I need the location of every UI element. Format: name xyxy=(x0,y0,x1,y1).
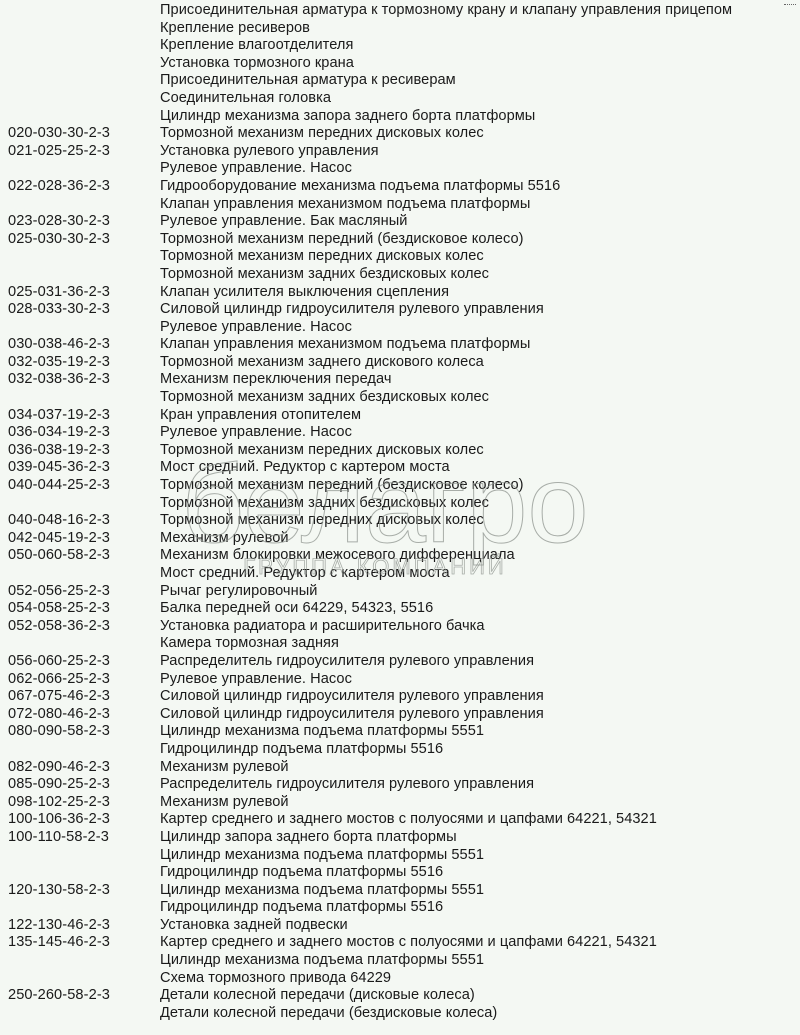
part-code: 032-038-36-2-3 xyxy=(8,371,110,389)
list-item: 022-028-36-2-3Гидрооборудование механизм… xyxy=(0,178,800,196)
part-description: Установка рулевого управления xyxy=(160,143,379,161)
list-item: 034-037-19-2-3Кран управления отопителем xyxy=(0,407,800,425)
list-item: Крепление влагоотделителя xyxy=(0,37,800,55)
list-item: Гидроцилиндр подъема платформы 5516 xyxy=(0,899,800,917)
part-description: Тормозной механизм заднего дискового кол… xyxy=(160,354,484,372)
part-description: Тормозной механизм передний (бездисковое… xyxy=(160,477,524,495)
list-item: Цилиндр механизма подъема платформы 5551 xyxy=(0,847,800,865)
part-description: Тормозной механизм задних бездисковых ко… xyxy=(160,389,489,407)
part-code: 052-058-36-2-3 xyxy=(8,618,110,636)
list-item: 039-045-36-2-3Мост средний. Редуктор с к… xyxy=(0,459,800,477)
list-item: 120-130-58-2-3Цилиндр механизма подъема … xyxy=(0,882,800,900)
part-code: 028-033-30-2-3 xyxy=(8,301,110,319)
part-code: 082-090-46-2-3 xyxy=(8,759,110,777)
part-description: Рычаг регулировочный xyxy=(160,583,317,601)
list-item: 054-058-25-2-3Балка передней оси 64229, … xyxy=(0,600,800,618)
part-description: Крепление ресиверов xyxy=(160,20,310,38)
list-item: Камера тормозная задняя xyxy=(0,635,800,653)
part-description: Цилиндр механизма подъема платформы 5551 xyxy=(160,723,484,741)
part-description: Цилиндр механизма подъема платформы 5551 xyxy=(160,882,484,900)
part-description: Механизм переключения передач xyxy=(160,371,391,389)
part-code: 085-090-25-2-3 xyxy=(8,776,110,794)
list-item: 082-090-46-2-3Механизм рулевой xyxy=(0,759,800,777)
part-code: 062-066-25-2-3 xyxy=(8,671,110,689)
list-item: 122-130-46-2-3Установка задней подвески xyxy=(0,917,800,935)
part-description: Тормозной механизм передних дисковых кол… xyxy=(160,248,484,266)
part-description: Клапан управления механизмом подъема пла… xyxy=(160,336,530,354)
list-item: 020-030-30-2-3Тормозной механизм передни… xyxy=(0,125,800,143)
part-description: Установка тормозного крана xyxy=(160,55,354,73)
part-description: Гидроцилиндр подъема платформы 5516 xyxy=(160,741,443,759)
list-item: 036-034-19-2-3Рулевое управление. Насос xyxy=(0,424,800,442)
part-code: 052-056-25-2-3 xyxy=(8,583,110,601)
list-item: 100-106-36-2-3Картер среднего и заднего … xyxy=(0,811,800,829)
part-description: Присоединительная арматура к тормозному … xyxy=(160,2,732,20)
part-code: 100-106-36-2-3 xyxy=(8,811,110,829)
part-description: Рулевое управление. Насос xyxy=(160,671,352,689)
part-code: 034-037-19-2-3 xyxy=(8,407,110,425)
part-description: Тормозной механизм задних бездисковых ко… xyxy=(160,266,489,284)
list-item: 042-045-19-2-3Механизм рулевой xyxy=(0,530,800,548)
list-item: 052-056-25-2-3Рычаг регулировочный xyxy=(0,583,800,601)
part-description: Детали колесной передачи (бездисковые ко… xyxy=(160,1005,497,1023)
list-item: Рулевое управление. Насос xyxy=(0,319,800,337)
list-item: Присоединительная арматура к ресиверам xyxy=(0,72,800,90)
list-item: Присоединительная арматура к тормозному … xyxy=(0,2,800,20)
part-description: Клапан управления механизмом подъема пла… xyxy=(160,196,530,214)
part-description: Картер среднего и заднего мостов с полуо… xyxy=(160,934,657,952)
part-description: Установка задней подвески xyxy=(160,917,348,935)
part-code: 022-028-36-2-3 xyxy=(8,178,110,196)
part-code: 042-045-19-2-3 xyxy=(8,530,110,548)
part-description: Силовой цилиндр гидроусилителя рулевого … xyxy=(160,688,544,706)
part-code: 036-038-19-2-3 xyxy=(8,442,110,460)
list-item: 030-038-46-2-3Клапан управления механизм… xyxy=(0,336,800,354)
part-description: Рулевое управление. Бак масляный xyxy=(160,213,407,231)
list-item: Гидроцилиндр подъема платформы 5516 xyxy=(0,864,800,882)
list-item: Мост средний. Редуктор с картером моста xyxy=(0,565,800,583)
part-code: 056-060-25-2-3 xyxy=(8,653,110,671)
list-item: 025-031-36-2-3Клапан усилителя выключени… xyxy=(0,284,800,302)
part-description: Крепление влагоотделителя xyxy=(160,37,353,55)
part-description: Балка передней оси 64229, 54323, 5516 xyxy=(160,600,433,618)
part-code: 067-075-46-2-3 xyxy=(8,688,110,706)
part-code: 040-044-25-2-3 xyxy=(8,477,110,495)
part-code: 080-090-58-2-3 xyxy=(8,723,110,741)
list-item: Тормозной механизм передних дисковых кол… xyxy=(0,248,800,266)
list-item: 098-102-25-2-3Механизм рулевой xyxy=(0,794,800,812)
list-item: 040-044-25-2-3Тормозной механизм передни… xyxy=(0,477,800,495)
part-description: Тормозной механизм передних дисковых кол… xyxy=(160,125,484,143)
part-code: 250-260-58-2-3 xyxy=(8,987,110,1005)
part-description: Установка радиатора и расширительного ба… xyxy=(160,618,485,636)
part-description: Мост средний. Редуктор с картером моста xyxy=(160,565,450,583)
part-code: 025-031-36-2-3 xyxy=(8,284,110,302)
list-item: Гидроцилиндр подъема платформы 5516 xyxy=(0,741,800,759)
part-code: 122-130-46-2-3 xyxy=(8,917,110,935)
part-description: Рулевое управление. Насос xyxy=(160,319,352,337)
part-code: 050-060-58-2-3 xyxy=(8,547,110,565)
part-description: Картер среднего и заднего мостов с полуо… xyxy=(160,811,657,829)
part-description: Гидроцилиндр подъема платформы 5516 xyxy=(160,864,443,882)
list-item: Соединительная головка xyxy=(0,90,800,108)
part-description: Камера тормозная задняя xyxy=(160,635,339,653)
part-code: 023-028-30-2-3 xyxy=(8,213,110,231)
list-item: 052-058-36-2-3Установка радиатора и расш… xyxy=(0,618,800,636)
part-code: 100-110-58-2-3 xyxy=(8,829,109,847)
scan-artifact-mark xyxy=(784,4,796,9)
part-code: 020-030-30-2-3 xyxy=(8,125,110,143)
list-item: 250-260-58-2-3Детали колесной передачи (… xyxy=(0,987,800,1005)
part-code: 098-102-25-2-3 xyxy=(8,794,110,812)
list-item: Цилиндр механизма подъема платформы 5551 xyxy=(0,952,800,970)
list-item: Схема тормозного привода 64229 xyxy=(0,970,800,988)
part-description: Гидрооборудование механизма подъема плат… xyxy=(160,178,560,196)
list-item: 056-060-25-2-3Распределитель гидроусилит… xyxy=(0,653,800,671)
list-item: 032-035-19-2-3Тормозной механизм заднего… xyxy=(0,354,800,372)
list-item: 023-028-30-2-3Рулевое управление. Бак ма… xyxy=(0,213,800,231)
part-description: Цилиндр механизма запора заднего борта п… xyxy=(160,108,535,126)
list-item: 021-025-25-2-3Установка рулевого управле… xyxy=(0,143,800,161)
list-item: 028-033-30-2-3Силовой цилиндр гидроусили… xyxy=(0,301,800,319)
list-item: 085-090-25-2-3Распределитель гидроусилит… xyxy=(0,776,800,794)
part-code: 021-025-25-2-3 xyxy=(8,143,110,161)
list-item: Детали колесной передачи (бездисковые ко… xyxy=(0,1005,800,1023)
part-description: Механизм блокировки межосевого дифференц… xyxy=(160,547,515,565)
list-item: 025-030-30-2-3Тормозной механизм передни… xyxy=(0,231,800,249)
part-description: Клапан усилителя выключения сцепления xyxy=(160,284,449,302)
part-description: Механизм рулевой xyxy=(160,530,289,548)
part-description: Рулевое управление. Насос xyxy=(160,424,352,442)
part-description: Распределитель гидроусилителя рулевого у… xyxy=(160,653,534,671)
part-code: 040-048-16-2-3 xyxy=(8,512,110,530)
part-description: Присоединительная арматура к ресиверам xyxy=(160,72,456,90)
list-item: Тормозной механизм задних бездисковых ко… xyxy=(0,495,800,513)
part-description: Мост средний. Редуктор с картером моста xyxy=(160,459,450,477)
list-item: 072-080-46-2-3Силовой цилиндр гидроусили… xyxy=(0,706,800,724)
part-code: 025-030-30-2-3 xyxy=(8,231,110,249)
list-item: 135-145-46-2-3Картер среднего и заднего … xyxy=(0,934,800,952)
part-description: Распределитель гидроусилителя рулевого у… xyxy=(160,776,534,794)
part-description: Гидроцилиндр подъема платформы 5516 xyxy=(160,899,443,917)
list-item: 080-090-58-2-3Цилиндр механизма подъема … xyxy=(0,723,800,741)
part-description: Тормозной механизм задних бездисковых ко… xyxy=(160,495,489,513)
part-code: 032-035-19-2-3 xyxy=(8,354,110,372)
list-item: Клапан управления механизмом подъема пла… xyxy=(0,196,800,214)
part-code: 036-034-19-2-3 xyxy=(8,424,110,442)
list-item: 032-038-36-2-3Механизм переключения пере… xyxy=(0,371,800,389)
list-item: 040-048-16-2-3Тормозной механизм передни… xyxy=(0,512,800,530)
part-description: Тормозной механизм передний (бездисковое… xyxy=(160,231,524,249)
parts-index-list: Присоединительная арматура к тормозному … xyxy=(0,2,800,1022)
part-code: 072-080-46-2-3 xyxy=(8,706,110,724)
part-description: Рулевое управление. Насос xyxy=(160,160,352,178)
part-description: Цилиндр механизма подъема платформы 5551 xyxy=(160,847,484,865)
list-item: 100-110-58-2-3Цилиндр запора заднего бор… xyxy=(0,829,800,847)
part-description: Силовой цилиндр гидроусилителя рулевого … xyxy=(160,706,544,724)
part-description: Силовой цилиндр гидроусилителя рулевого … xyxy=(160,301,544,319)
part-description: Механизм рулевой xyxy=(160,759,289,777)
part-description: Детали колесной передачи (дисковые колес… xyxy=(160,987,475,1005)
list-item: 036-038-19-2-3Тормозной механизм передни… xyxy=(0,442,800,460)
part-code: 039-045-36-2-3 xyxy=(8,459,110,477)
part-description: Соединительная головка xyxy=(160,90,331,108)
part-code: 054-058-25-2-3 xyxy=(8,600,110,618)
part-description: Схема тормозного привода 64229 xyxy=(160,970,391,988)
part-description: Механизм рулевой xyxy=(160,794,289,812)
list-item: Рулевое управление. Насос xyxy=(0,160,800,178)
list-item: 062-066-25-2-3Рулевое управление. Насос xyxy=(0,671,800,689)
part-description: Тормозной механизм передних дисковых кол… xyxy=(160,512,484,530)
part-description: Тормозной механизм передних дисковых кол… xyxy=(160,442,484,460)
part-description: Цилиндр механизма подъема платформы 5551 xyxy=(160,952,484,970)
list-item: Тормозной механизм задних бездисковых ко… xyxy=(0,389,800,407)
list-item: Цилиндр механизма запора заднего борта п… xyxy=(0,108,800,126)
part-code: 120-130-58-2-3 xyxy=(8,882,110,900)
part-code: 135-145-46-2-3 xyxy=(8,934,110,952)
part-description: Цилиндр запора заднего борта платформы xyxy=(160,829,457,847)
part-code: 030-038-46-2-3 xyxy=(8,336,110,354)
list-item: Тормозной механизм задних бездисковых ко… xyxy=(0,266,800,284)
list-item: Крепление ресиверов xyxy=(0,20,800,38)
list-item: 050-060-58-2-3Механизм блокировки межосе… xyxy=(0,547,800,565)
part-description: Кран управления отопителем xyxy=(160,407,361,425)
list-item: 067-075-46-2-3Силовой цилиндр гидроусили… xyxy=(0,688,800,706)
list-item: Установка тормозного крана xyxy=(0,55,800,73)
